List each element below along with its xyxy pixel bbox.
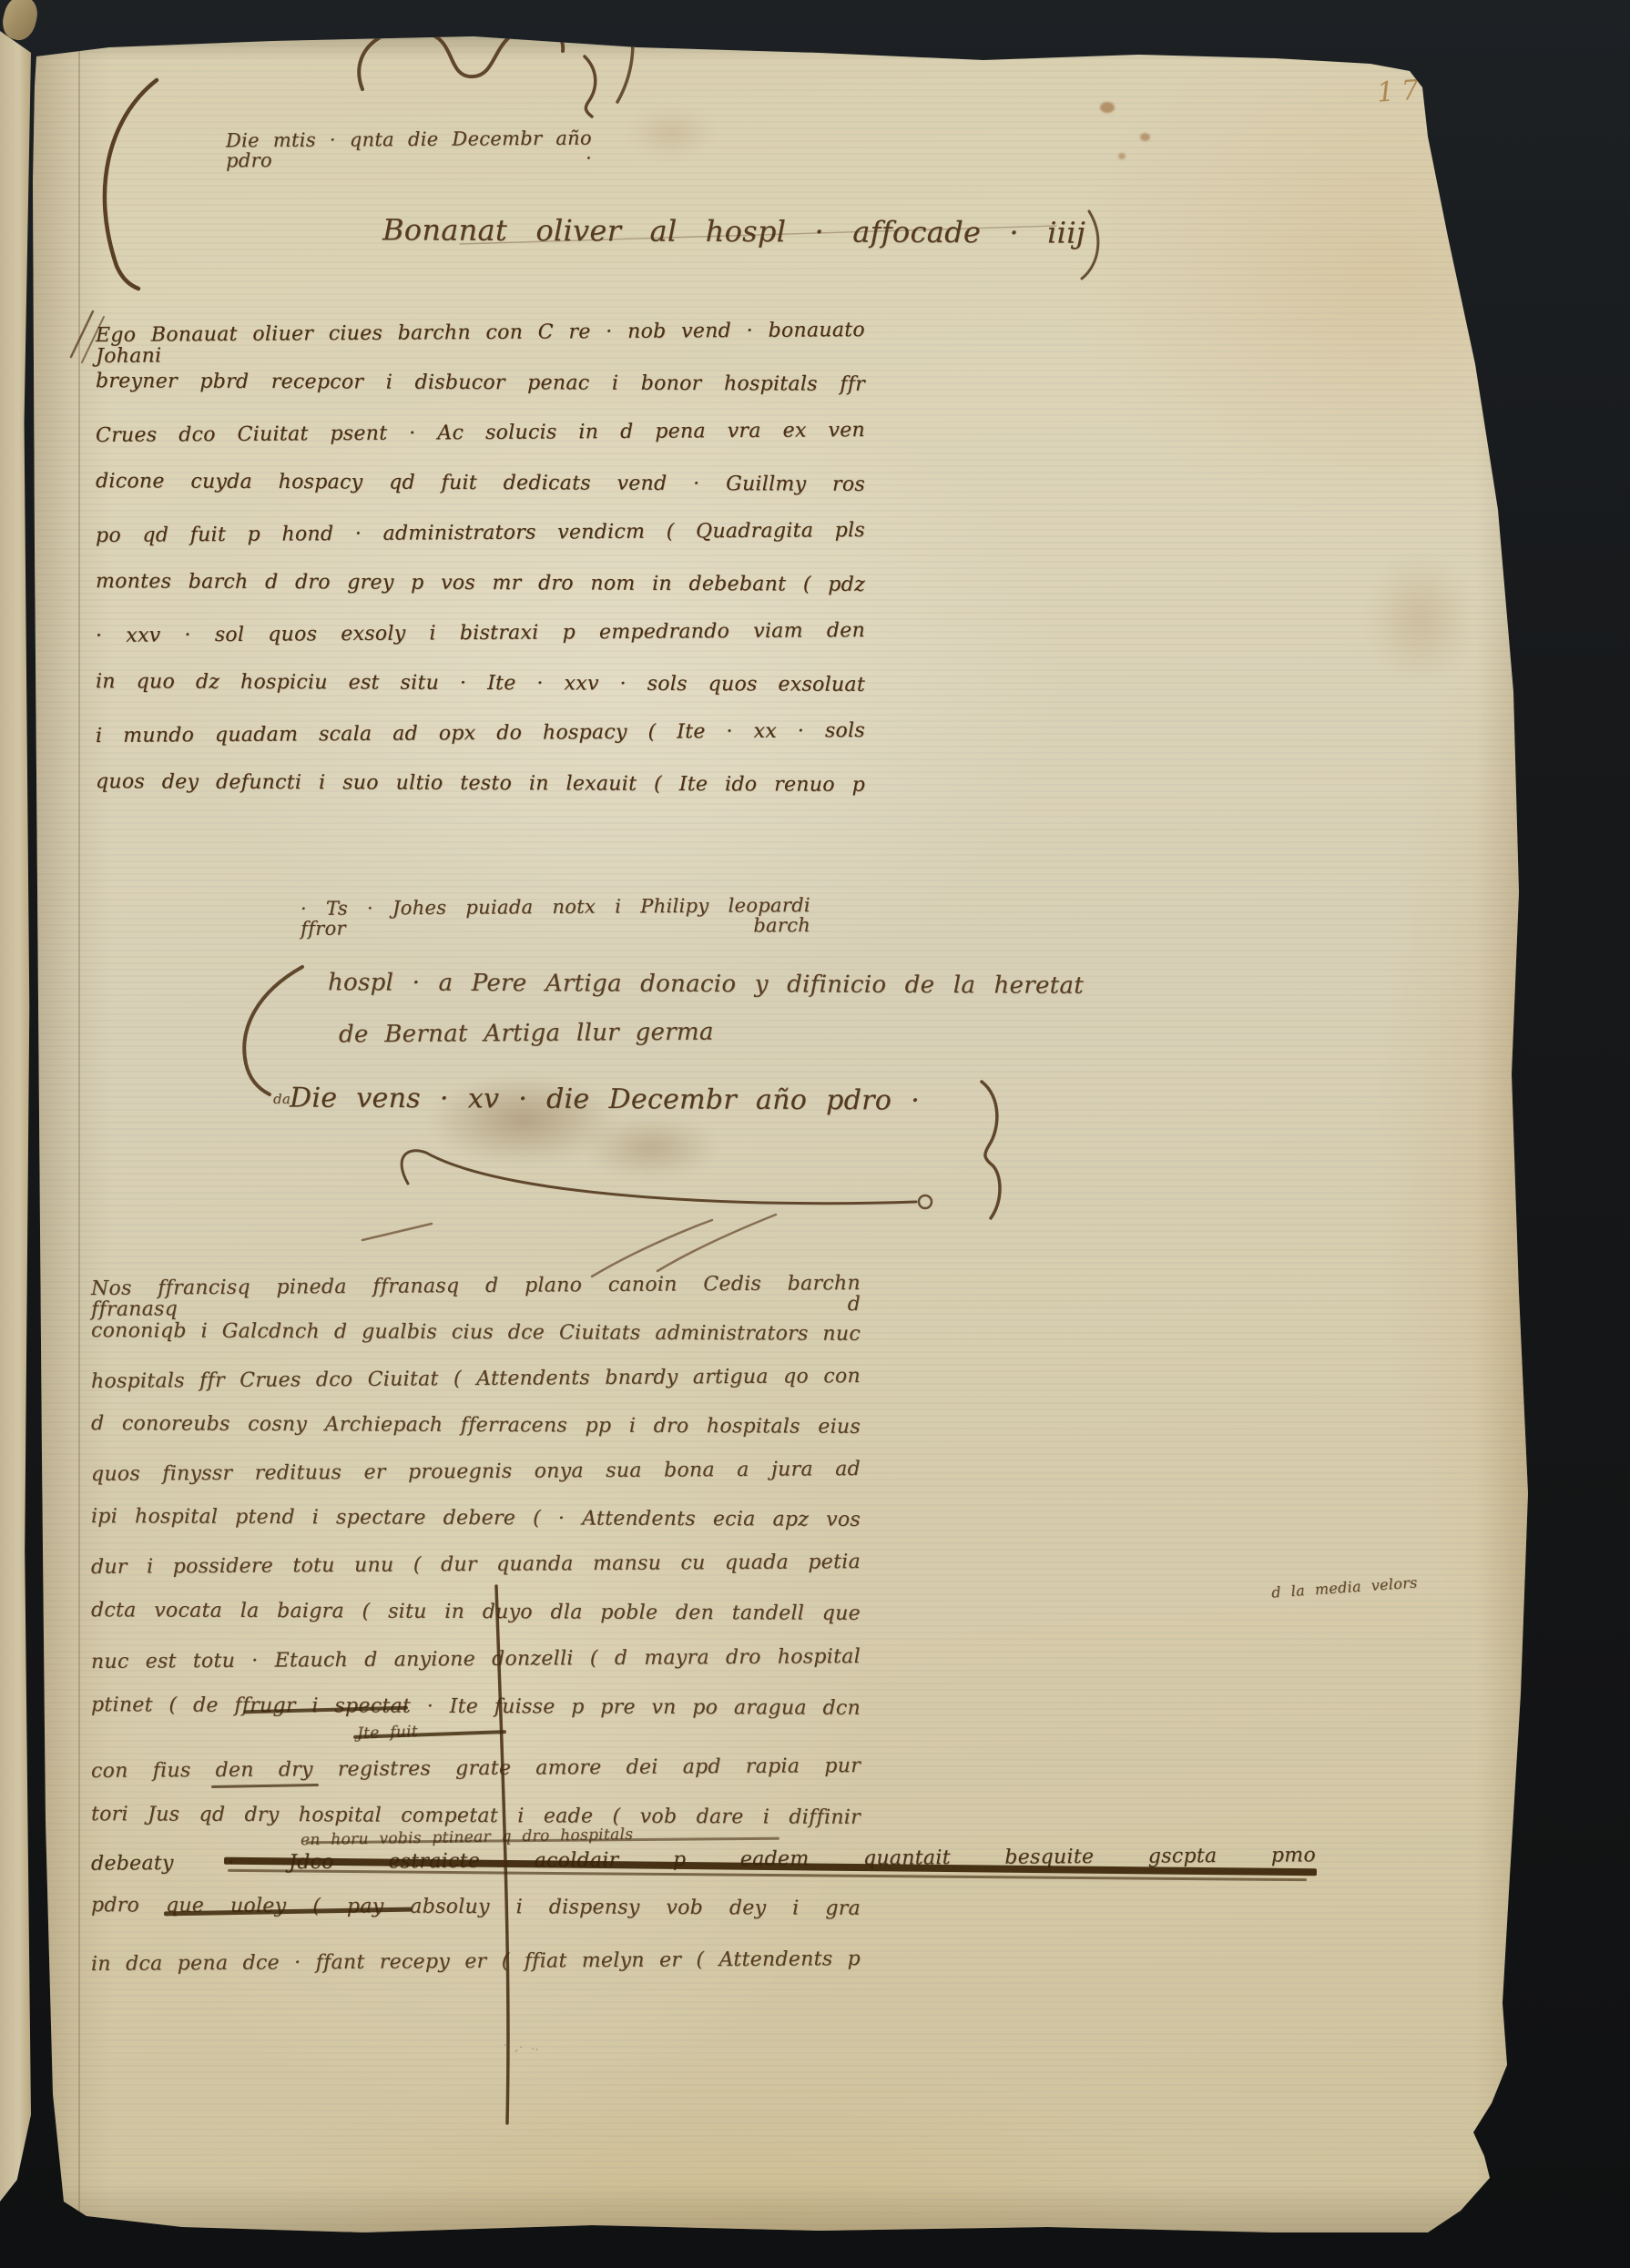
entry1-body-line: dicone cuyda hospacy qd fuit dedicats ve… — [96, 471, 865, 495]
stain-spot — [628, 107, 715, 158]
entry2-body-line: in dca pena dce · ffant recepy er ( ffia… — [91, 1948, 861, 1975]
entry2-note-line: hospl · a Pere Artiga donacio y difinici… — [328, 971, 1084, 999]
entry1-opening-bracket — [105, 80, 157, 289]
tick-slash — [362, 1224, 432, 1240]
entry1-body-line: · xxv · sol quos exsoly i bistraxi p emp… — [96, 620, 865, 646]
entry2-body-line: Nos ffrancisq pineda ffranasq d plano ca… — [91, 1273, 861, 1320]
tick-slash — [657, 1215, 776, 1271]
entry2-body-line: quos finyssr redituus er prouegnis onya … — [91, 1459, 861, 1485]
date-swash — [402, 1151, 916, 1204]
entry1-body-line: i mundo quadam scala ad opx do hospacy (… — [96, 720, 865, 747]
entry1-body-line: Crues dco Ciuitat psent · Ac solucis in … — [96, 420, 865, 446]
crease-line — [78, 36, 80, 2222]
stain-spot — [1366, 555, 1475, 683]
ink-stain — [1100, 102, 1115, 113]
entry2-body-line: cononiqb i Galcdnch d gualbis cius dce C… — [91, 1320, 861, 1345]
strikethrough-mark — [211, 1784, 319, 1788]
entry2-body-line: hospitals ffr Crues dco Ciuitat ( Attend… — [91, 1366, 861, 1392]
interlinear-addition: en horu vobis ptinear q dro hospitals — [301, 1826, 634, 1849]
entry1-body-line: quos dey defuncti i suo ultio testo in l… — [96, 771, 865, 796]
entry1-body-line: montes barch d dro grey p vos mr dro nom… — [96, 571, 865, 595]
entry2-body-line: d conoreubs cosny Archiepach fferracens … — [91, 1413, 861, 1438]
torn-edge-shade-bottom — [0, 2183, 1630, 2238]
torn-edge-shade-right — [1475, 0, 1539, 2268]
entry2-body-line: pdro que uoley ( pay absoluy i dispensy … — [91, 1895, 861, 1919]
entry2-body-line: ipi hospital ptend i spectare debere ( ·… — [91, 1506, 861, 1531]
entry2-body-line: dcta vocata la baigra ( situ in duyo dla… — [91, 1600, 861, 1624]
folio-number: 174 — [1376, 72, 1452, 109]
entry2-body-line: dur i possidere totu unu ( dur quanda ma… — [91, 1551, 861, 1578]
swash-end-loop — [919, 1195, 932, 1208]
entry2-date-line: Die vens · xv · die Decembr año pdro · — [290, 1083, 920, 1115]
entry2-body-line: con fius den dry registres grate amore d… — [91, 1755, 861, 1782]
entry2-body-line: ptinet ( de ffrugr i spectat · Ite fuiss… — [91, 1694, 861, 1719]
marginal-scribble: · ‚· ·· — [502, 2039, 540, 2057]
entry1-date-line: Die mtis · qnta die Decembr año pdro · — [226, 128, 592, 171]
entry1-title-line: Bonanat oliver al hospl · affocade · iii… — [382, 215, 1085, 249]
torn-edge-shade-top — [0, 35, 1630, 60]
smudge — [583, 1115, 719, 1179]
tick-slash — [592, 1220, 712, 1276]
entry1-body-line: breyner pbrd recepcor i disbucor penac i… — [96, 371, 865, 395]
entry2-note-line: de Bernat Artiga llur germa — [339, 1019, 714, 1049]
entry1-witnesses-line: · Ts · Johes puiada notx i Philipy leopa… — [301, 895, 810, 939]
entry2-body-line: nuc est totu · Etauch d anyione donzelli… — [91, 1646, 861, 1673]
entry2-date-brace — [982, 1082, 1000, 1218]
entry2-body-line: tori Jus qd dry hospital competat i eade… — [91, 1804, 861, 1828]
interlinear-insert: Jte fuit — [357, 1723, 419, 1743]
note-opening-bracket — [244, 967, 302, 1094]
ink-stain — [1118, 153, 1126, 159]
interlinear-addition-right: d la media velors — [1271, 1573, 1419, 1601]
ink-stain — [1140, 133, 1150, 141]
entry2-body-line-struck: debeaty · Jdco estraicte acoldair p eade… — [91, 1845, 1316, 1874]
manuscript-photo: 174 Die mtis · qnta die Decembr año pdro… — [0, 0, 1630, 2268]
underlying-page-edge — [0, 31, 31, 2202]
entry1-closing-hook — [585, 56, 596, 117]
entry2-note-mark: da — [273, 1091, 290, 1107]
entry1-body-line: po qd fuit p hond · administrators vendi… — [96, 520, 865, 546]
manuscript-page: 174 Die mtis · qnta die Decembr año pdro… — [0, 0, 1630, 2268]
entry1-body-line: Ego Bonauat oliuer ciues barchn con C re… — [96, 320, 865, 367]
entry1-body-line: in quo dz hospiciu est situ · Ite · xxv … — [96, 671, 865, 696]
